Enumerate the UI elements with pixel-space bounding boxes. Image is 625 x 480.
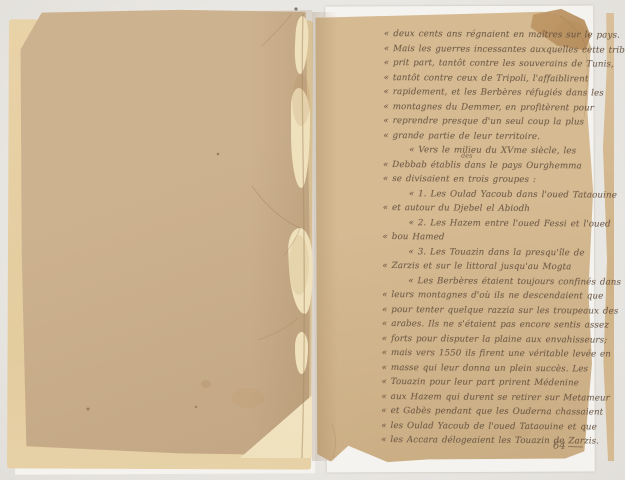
manuscript-line: « et autour du Djebel el Abiodh [383,201,601,217]
manuscript-line: « Mais les guerres incessantes auxquelle… [384,41,602,57]
page-number: 64 [553,440,583,452]
manuscript-line: « mais vers 1550 ils firent une véritabl… [382,346,600,362]
manuscript-line: « 3. Les Touazin dans la presqu'île de [382,244,600,260]
manuscript-line: « reprendre presque d'un seul coup la pl… [383,114,601,130]
manuscript-text-block: des « deux cents ans régnaient en maître… [381,27,602,465]
manuscript-line: « masse qui leur donna un plein succès. … [382,360,600,376]
manuscript-line: « et Gabès pendant que les Ouderna chass… [381,404,599,420]
manuscript-line: « 1. Les Oulad Yacoub dans l'oued Tataou… [383,186,601,202]
manuscript-line: « forts pour disputer la plaine aux enva… [382,331,600,347]
manuscript-line: « montagnes du Demmer, en profitèrent po… [383,99,601,115]
manuscript-line: « Les Berbères étaient toujours confinés… [382,273,600,289]
manuscript-scan: des « deux cents ans régnaient en maître… [0,0,625,480]
manuscript-line: « aux Hazem qui durent se retirer sur Me… [381,389,599,405]
manuscript-line: « prit part, tantôt contre les souverain… [384,56,602,72]
manuscript-line: « 2. Les Hazem entre l'oued Fessi et l'o… [383,215,601,231]
manuscript-line: « tantôt contre ceux de Tripoli, l'affai… [384,70,602,86]
manuscript-line: « Touazin pour leur part prirent Médenin… [381,375,599,391]
manuscript-line: « leurs montagnes d'où ils ne descendaie… [382,288,600,304]
manuscript-line: « arabes. Ils ne s'étaient pas encore se… [382,317,600,333]
manuscript-line: « grande partie de leur territoire. [383,128,601,144]
manuscript-line: « pour tenter quelque razzia sur les tro… [382,302,600,318]
manuscript-line: « Vers le milieu du XVme siècle, les [383,143,601,159]
manuscript-line: « rapidement, et les Berbères réfugiés d… [383,85,601,101]
manuscript-line: « bou Hamed [382,230,600,246]
manuscript-line: « Debbab établis dans le pays Ourghemma [383,157,601,173]
manuscript-line: « deux cents ans régnaient en maîtres su… [384,27,602,43]
manuscript-line: « les Oulad Yacoub de l'oued Tataouine e… [381,418,599,434]
manuscript-line: « Zarzis et sur le littoral jusqu'au Mog… [382,259,600,275]
manuscript-line: « se divisaient en trois groupes : [383,172,601,188]
